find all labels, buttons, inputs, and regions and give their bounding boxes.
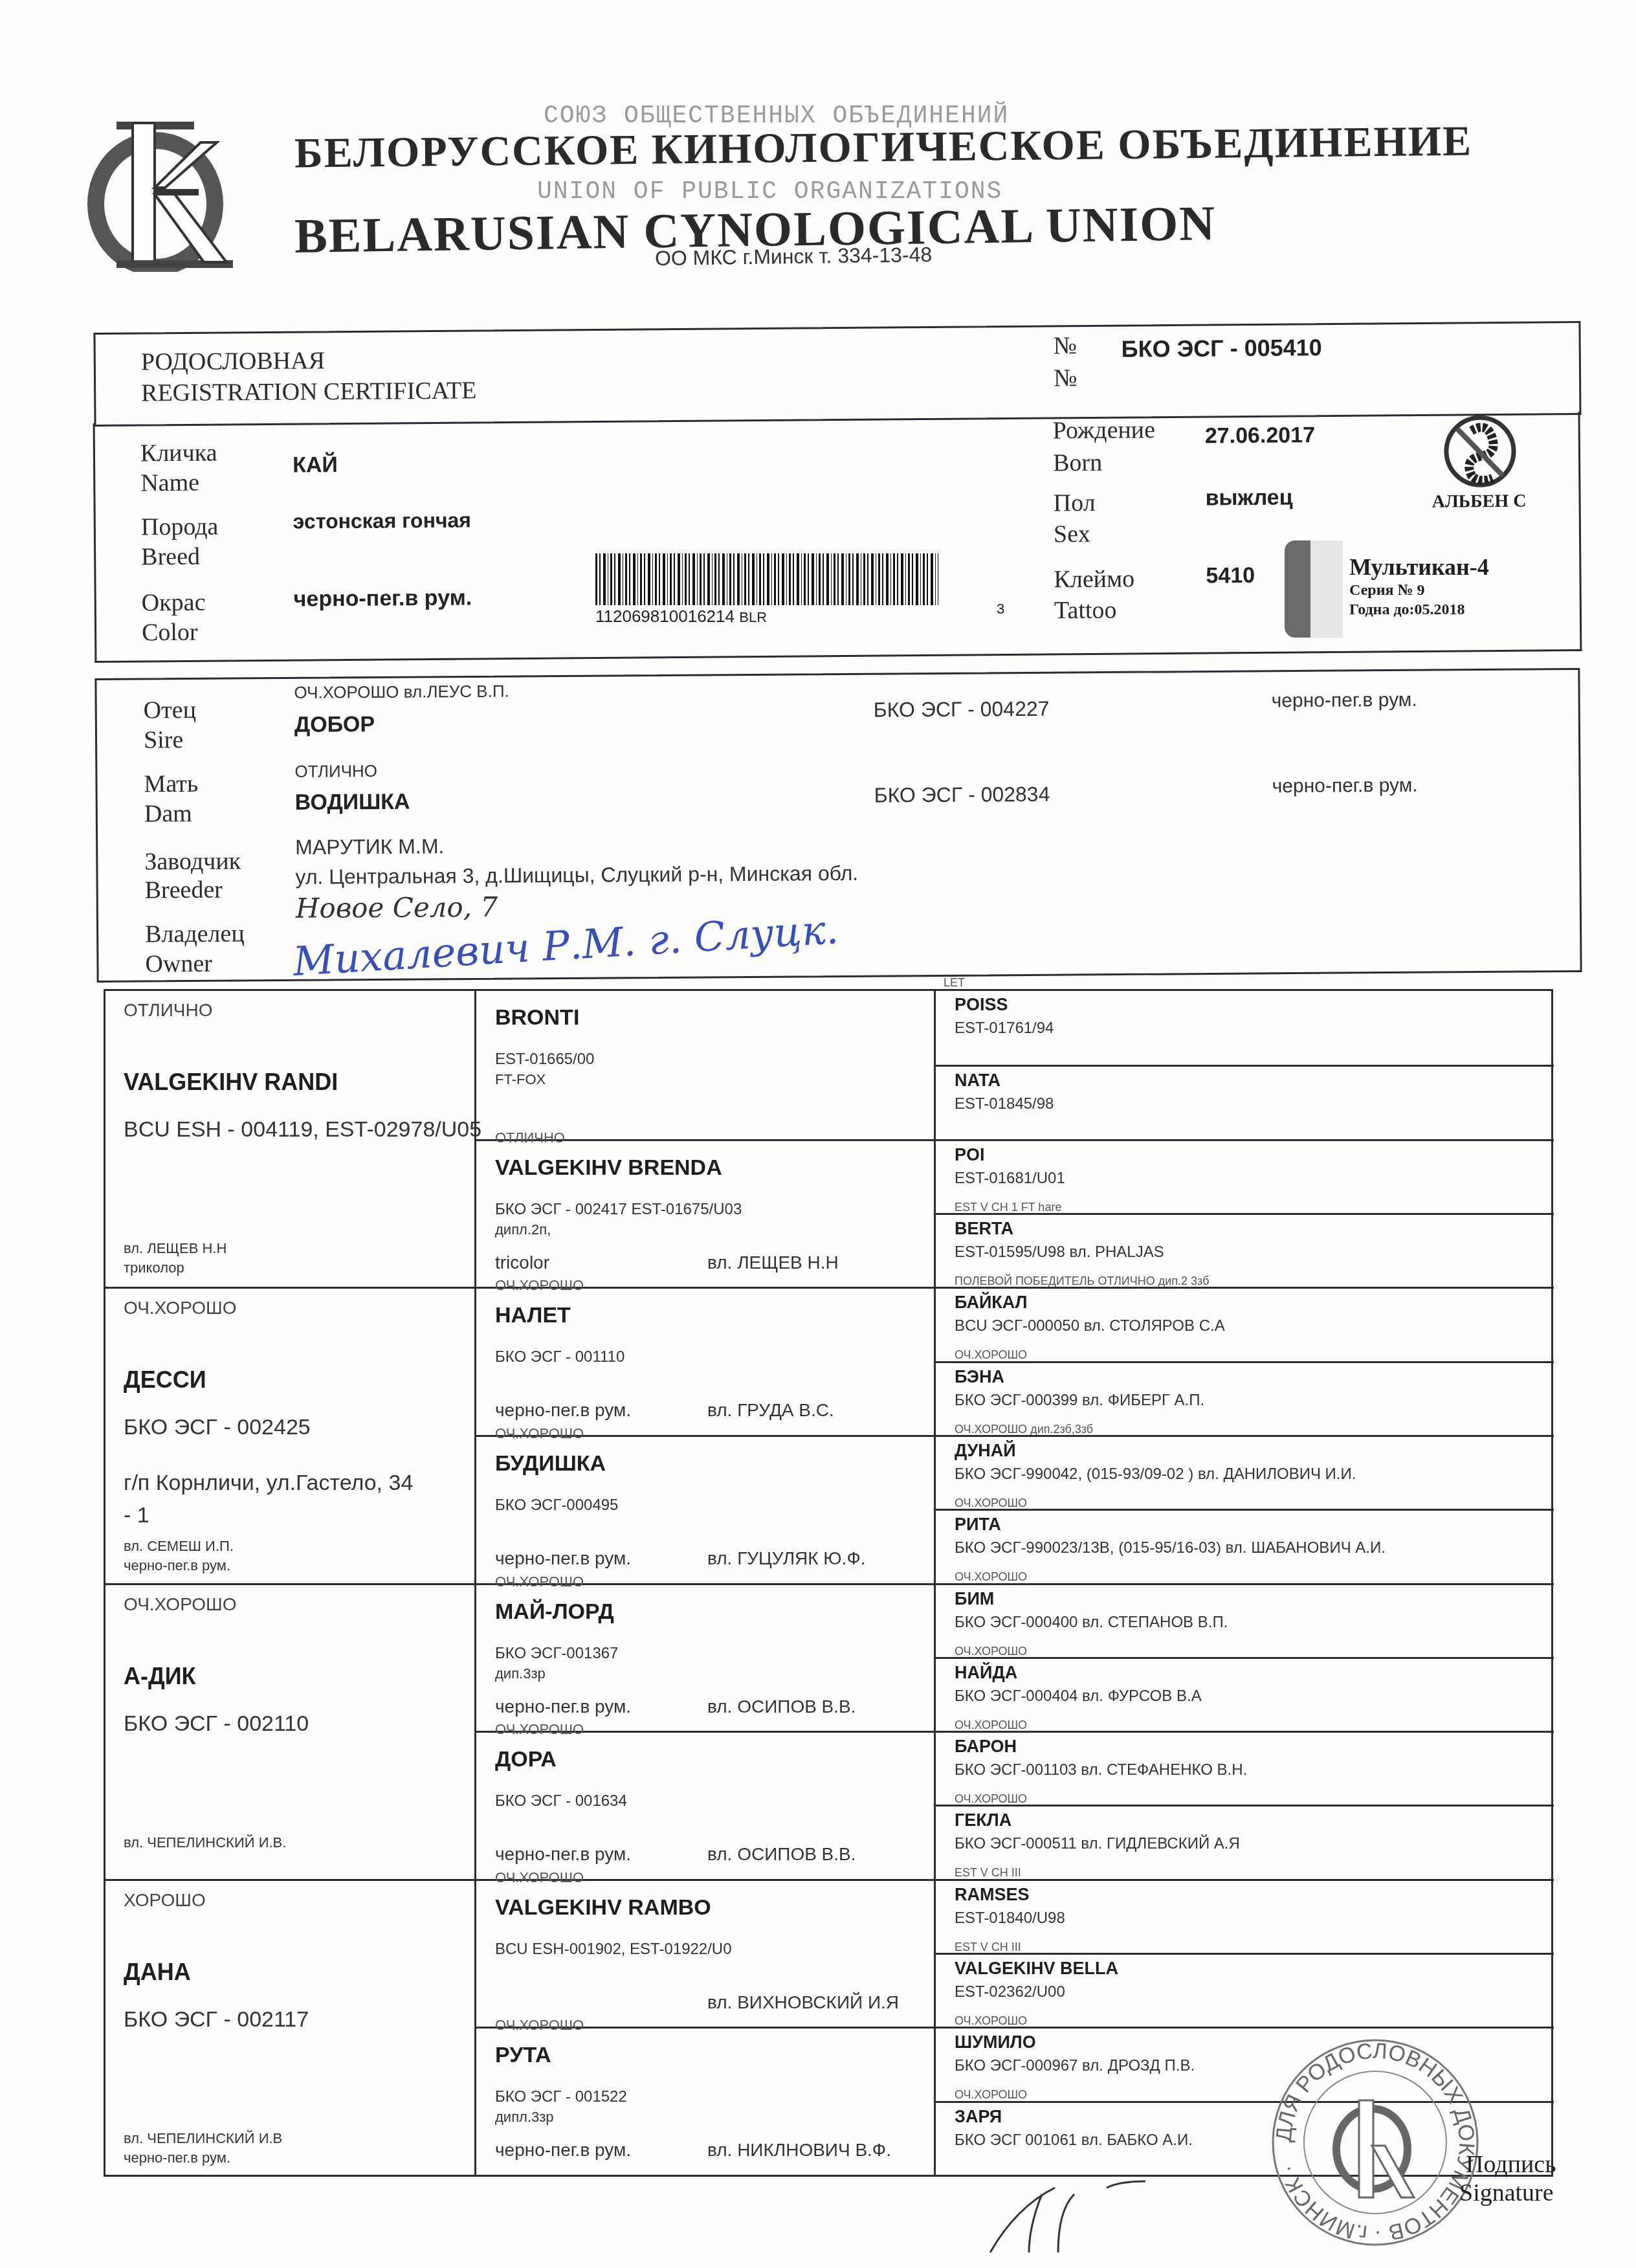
color-label-en: Color [142, 617, 198, 648]
owner-label-en: Owner [145, 949, 212, 979]
vaccine-name: Мультикан-4 [1349, 553, 1489, 581]
ancestor-name: NATA [955, 1071, 1000, 1091]
dam-label-ru: Мать [144, 769, 198, 799]
ancestor-owner: вл. ГРУДА В.С. [707, 1400, 834, 1421]
ancestor-name: РУТА [495, 2043, 551, 2068]
ancestor-owner: вл. ЧЕПЕЛИНСКИЙ И.В. [124, 1834, 286, 1851]
born-label-ru: Рождение [1053, 415, 1156, 445]
barcode-suffix: 3 [997, 601, 1004, 617]
ancestor-reg: БКО ЭСГ-000400 вл. СТЕПАНОВ В.П. [955, 1614, 1228, 1632]
ancestor-color: черно-пег.в рум. [124, 2150, 230, 2166]
ancestor-grade: ОЧ.ХОРОШО [495, 1721, 584, 1738]
ancestor-name: ШУМИЛО [955, 2032, 1036, 2052]
ancestor-reg: EST-01845/98 [955, 1095, 1054, 1113]
ancestor-dipl: FT-FOX [495, 1071, 546, 1088]
sire-color: черно-пег.в рум. [1272, 689, 1417, 713]
pedigree-cell: ОЧ.ХОРОШОДЕССИБКО ЭСГ - 002425г/п Корнли… [105, 1287, 474, 1583]
ancestor-reg: БКО ЭСГ-000967 вл. ДРОЗД П.В. [955, 2057, 1195, 2075]
ancestor-note: ОЧ.ХОРОШО [955, 1570, 1027, 1584]
signature-label-ru: Подпись [1466, 2150, 1556, 2179]
ancestor-note: EST V CH III [955, 1866, 1021, 1880]
pedigree-cell: ОЧ.ХОРОШОНАЛЕТБКО ЭСГ - 001110черно-пег.… [474, 1287, 934, 1435]
ancestor-name: ДУНАЙ [955, 1441, 1016, 1461]
bku-seal-stamp-icon: ДЛЯ РОДОСЛОВНЫХ ДОКУМЕНТОВ · г.МИНСК · [1268, 2036, 1482, 2249]
vaccine-sticker: Мультикан-4 Серия № 9 Годна до:05.2018 [1285, 540, 1550, 638]
pedigree-cell: ОЧ.ХОРОШОДОРАБКО ЭСГ - 001634черно-пег.в… [474, 1731, 934, 1879]
ancestor-name: POI [955, 1145, 985, 1165]
ancestor-grade: ОЧ.ХОРОШО [124, 1298, 236, 1318]
ancestor-owner: вл. ВИХНОВСКИЙ И.Я [707, 1992, 899, 2013]
vaccine-valid-until: Годна до:05.2018 [1349, 601, 1465, 619]
ancestor-reg: БКО ЭСГ - 001634 [495, 1792, 627, 1810]
sire-label-ru: Отец [144, 695, 197, 726]
ancestor-dipl: дип.3зр [495, 1665, 546, 1682]
ancestor-reg: БКО ЭСГ-990023/13В, (015-95/16-03) вл. Ш… [955, 1539, 1386, 1557]
no-worms-icon [1438, 412, 1523, 491]
ancestor-grade: ОЧ.ХОРОШО [495, 1573, 584, 1590]
branch-line: ОО МКС г.Минск т. 334-13-48 [655, 243, 933, 271]
certificate-number: БКО ЭСГ - 005410 [1122, 334, 1322, 362]
ancestor-reg: BCU ESH-001902, EST-01922/U0 [495, 1940, 732, 1959]
ancestor-reg: БКО ЭСГ-001103 вл. СТЕФАНЕНКО В.Н. [955, 1761, 1247, 1779]
ancestor-extra: г/п Корнличи, ул.Гастело, 34 - 1 [124, 1467, 413, 1531]
ancestor-name: VALGEKIHV BRENDA [495, 1155, 722, 1181]
barcode-country: BLR [739, 609, 767, 625]
ancestor-reg: БКО ЭСГ-990042, (015-93/09-02 ) вл. ДАНИ… [955, 1465, 1356, 1484]
ancestor-name: BRONTI [495, 1005, 579, 1030]
ancestor-name: НАЛЕТ [495, 1303, 571, 1328]
ancestor-name: ГЕКЛА [955, 1810, 1011, 1830]
ancestor-grade: ОЧ.ХОРОШО [495, 1425, 584, 1442]
ancestor-note: ОЧ.ХОРОШО [955, 1496, 1027, 1510]
tattoo-label-ru: Клеймо [1054, 564, 1134, 594]
pedigree-cell: POISSEST-01761/94 [934, 991, 1554, 1065]
ancestor-note: ОЧ.ХОРОШО [955, 1348, 1027, 1362]
ancestor-note: ОЧ.ХОРОШО [955, 1718, 1027, 1732]
pedigree-table: ОТЛИЧНОVALGEKIHV RANDIBCU ESH - 004119, … [104, 989, 1553, 2177]
ancestor-dipl: дипл.2п, [495, 1221, 551, 1238]
sire-reg: БКО ЭСГ - 004227 [874, 697, 1050, 722]
pedigree-cell: РИТАБКО ЭСГ-990023/13В, (015-95/16-03) в… [934, 1509, 1554, 1583]
ancestor-reg: БКО ЭСГ - 001110 [495, 1348, 625, 1366]
dog-name: КАЙ [293, 452, 338, 478]
ancestor-owner: вл. ЛЕЩЕВ Н.Н [707, 1252, 839, 1273]
pedigree-cell: ОЧ.ХОРОШОБУДИШКАБКО ЭСГ-000495черно-пег.… [474, 1435, 934, 1583]
breeder-handwritten-fix: Новое Село, 7 [296, 891, 498, 924]
org-name-ru: БЕЛОРУССКОЕ КИНОЛОГИЧЕСКОЕ ОБЪЕДИНЕНИЕ [294, 117, 1473, 178]
ancestor-owner: вл. ОСИПОВ В.В. [707, 1696, 856, 1717]
ancestor-name: РИТА [955, 1515, 1001, 1535]
ancestor-grade: ОТЛИЧНО [124, 1000, 212, 1021]
ancestor-reg: БКО ЭСГ - 002110 [124, 1711, 309, 1737]
ancestor-note: ОЧ.ХОРОШО дип.2зб,3зб [955, 1423, 1093, 1436]
owner-label-ru: Владелец [145, 918, 245, 949]
pedigree-cell: ОЧ.ХОРОШОМАЙ-ЛОРДБКО ЭСГ-001367дип.3зрче… [474, 1583, 934, 1731]
ancestor-name: НАЙДА [955, 1663, 1017, 1683]
ancestor-reg: BCU ESH - 004119, EST-02978/U05 [124, 1117, 481, 1142]
breeder-label-ru: Заводчик [144, 846, 241, 876]
ancestor-reg: БКО ЭСГ-000399 вл. ФИБЕРГ А.П. [955, 1392, 1204, 1410]
ancestor-reg: EST-01761/94 [955, 1019, 1054, 1038]
sex-label-en: Sex [1054, 519, 1090, 549]
bku-monogram-logo-icon [87, 117, 236, 272]
ancestor-grade: ОЧ.ХОРОШО [495, 1277, 584, 1294]
ancestor-owner: вл. СЕМЕШ И.П. [124, 1538, 234, 1555]
name-label-en: Name [140, 468, 199, 498]
gen3-top-note: LET [944, 976, 965, 990]
sex-label-ru: Пол [1053, 488, 1095, 518]
pedigree-cell: БЭНАБКО ЭСГ-000399 вл. ФИБЕРГ А.П.ОЧ.ХОР… [934, 1361, 1554, 1435]
pedigree-cell: ГЕКЛАБКО ЭСГ-000511 вл. ГИДЛЕВСКИЙ А.ЯES… [934, 1805, 1554, 1878]
number-label-ru: № [1053, 331, 1077, 361]
dog-breed: эстонская гончая [293, 508, 471, 533]
pedigree-cell: БИМБКО ЭСГ-000400 вл. СТЕПАНОВ В.П.ОЧ.ХО… [934, 1583, 1554, 1657]
ancestor-name: БУДИШКА [495, 1451, 606, 1476]
ancestor-note: EST V CH 1 FT hare [955, 1201, 1061, 1214]
ancestor-name: POISS [955, 995, 1008, 1015]
ancestor-reg: БКО ЭСГ - 002425 [124, 1415, 311, 1440]
ancestor-owner: вл. ГУЦУЛЯК Ю.Ф. [707, 1548, 865, 1569]
ancestor-owner: вл. ЛЕЩЕВ Н.Н [124, 1240, 227, 1257]
dog-born: 27.06.2017 [1205, 423, 1315, 449]
pedigree-cell: ДУНАЙБКО ЭСГ-990042, (015-93/09-02 ) вл.… [934, 1435, 1554, 1509]
pedigree-cell: ОТЛИЧНОVALGEKIHV RANDIBCU ESH - 004119, … [105, 991, 474, 1287]
ancestor-grade: ОЧ.ХОРОШО [495, 1869, 584, 1886]
ancestor-dipl: дипл.3зр [495, 2109, 554, 2126]
ancestor-name: ЗАРЯ [955, 2107, 1002, 2127]
pedigree-cell: RAMSESEST-01840/U98EST V CH III [934, 1879, 1554, 1953]
tattoo-label-en: Tattoo [1054, 595, 1117, 626]
ancestor-name: БАЙКАЛ [955, 1293, 1028, 1313]
ancestor-name: BERTA [955, 1219, 1013, 1239]
ancestor-owner: вл. ЧЕПЕЛИНСКИЙ И.В [124, 2130, 282, 2147]
pedigree-cell: ОТЛИЧНОVALGEKIHV BRENDAБКО ЭСГ - 002417 … [474, 1139, 934, 1287]
ancestor-reg: БКО ЭСГ-001367 [495, 1645, 618, 1663]
ancestor-name: МАЙ-ЛОРД [495, 1599, 614, 1625]
ancestor-note: ОЧ.ХОРОШО [955, 1792, 1027, 1806]
ancestor-name: VALGEKIHV BELLA [955, 1959, 1118, 1979]
breed-label-en: Breed [141, 542, 200, 572]
pedigree-cell: ХОРОШОДАНАБКО ЭСГ - 002117вл. ЧЕПЕЛИНСКИ… [105, 1879, 474, 2175]
dam-name: ВОДИШКА [295, 790, 410, 816]
ancestor-reg: БКО ЭСГ - 002417 EST-01675/U03 [495, 1201, 742, 1219]
barcode-bars [595, 553, 938, 605]
dog-tattoo: 5410 [1206, 563, 1255, 589]
ancestor-reg: EST-01595/U98 вл. PHALJAS [955, 1243, 1164, 1262]
pedigree-cell: POIEST-01681/U01EST V CH 1 FT hare [934, 1139, 1554, 1213]
ancestor-color: триколор [124, 1260, 184, 1276]
ancestor-color: tricolor [495, 1252, 549, 1273]
color-label-ru: Окрас [142, 588, 206, 618]
ancestor-note: ОЧ.ХОРОШО [955, 1645, 1027, 1658]
ancestor-reg: БКО ЭСГ 001061 вл. БАБКО А.И. [955, 2131, 1193, 2150]
dam-reg: БКО ЭСГ - 002834 [874, 783, 1050, 808]
ancestor-note: EST V CH III [955, 1940, 1021, 1954]
sire-grade: ОЧ.ХОРОШО вл.ЛЕУС В.П. [294, 682, 509, 703]
breed-label-ru: Порода [141, 512, 219, 542]
vaccine-series: Серия № 9 [1349, 582, 1425, 599]
pedigree-generation-3: POISSEST-01761/94NATAEST-01845/98POIEST-… [934, 991, 1554, 2175]
sire-label-en: Sire [144, 725, 184, 755]
certificate-title-en: REGISTRATION CERTIFICATE [141, 375, 476, 408]
ancestor-color: черно-пег.в рум. [495, 1844, 631, 1865]
pedigree-cell: НАЙДАБКО ЭСГ-000404 вл. ФУРСОВ В.АОЧ.ХОР… [934, 1657, 1554, 1731]
number-label-en: № [1054, 363, 1078, 393]
certificate-title-box: РОДОСЛОВНАЯ REGISTRATION CERTIFICATE № №… [93, 321, 1581, 427]
pedigree-cell: NATAEST-01845/98 [934, 1065, 1554, 1139]
sire-name: ДОБОР [294, 712, 375, 738]
certificate-title-ru: РОДОСЛОВНАЯ [141, 346, 326, 377]
pedigree-cell: VALGEKIHV BELLAEST-02362/U00ОЧ.ХОРОШО [934, 1953, 1554, 2027]
pedigree-generation-1: ОТЛИЧНОVALGEKIHV RANDIBCU ESH - 004119, … [105, 991, 474, 2175]
ancestor-name: А-ДИК [124, 1663, 195, 1690]
breeder-name: МАРУТИК М.М. [295, 834, 444, 860]
breeder-label-en: Breeder [145, 875, 223, 906]
ancestor-reg: EST-01681/U01 [955, 1170, 1065, 1188]
pedigree-cell: ОЧ.ХОРОШОVALGEKIHV RAMBOBCU ESH-001902, … [474, 1879, 934, 2027]
ancestor-grade: ХОРОШО [124, 1890, 206, 1911]
ancestor-name: VALGEKIHV RAMBO [495, 1895, 711, 1920]
ancestor-reg: БКО ЭСГ-000495 [495, 1496, 618, 1515]
pedigree-cell: БАРОНБКО ЭСГ-001103 вл. СТЕФАНЕНКО В.Н.О… [934, 1731, 1554, 1805]
name-label-ru: Кличка [140, 438, 217, 469]
ancestor-color: черно-пег.в рум. [495, 1400, 631, 1421]
ancestor-grade: ОЧ.ХОРОШО [124, 1594, 236, 1615]
ancestor-name: ДОРА [495, 1747, 557, 1772]
ancestor-name: ДЕССИ [124, 1366, 206, 1394]
dog-color: черно-пег.в рум. [294, 585, 472, 612]
ancestor-name: VALGEKIHV RANDI [124, 1069, 338, 1096]
barcode-number: 112069810016214 [595, 606, 735, 626]
albens-sticker: АЛЬБЕН С [1431, 412, 1529, 523]
ancestor-name: БИМ [955, 1589, 994, 1609]
dam-label-en: Dam [144, 799, 192, 829]
pedigree-cell: ОЧ.ХОРОШОА-ДИКБКО ЭСГ - 002110вл. ЧЕПЕЛИ… [105, 1583, 474, 1879]
ancestor-reg: БКО ЭСГ - 001522 [495, 2088, 627, 2106]
ancestor-name: RAMSES [955, 1885, 1030, 1905]
pedigree-cell: BRONTIEST-01665/00FT-FOX [474, 991, 934, 1139]
signature-label-en: Signature [1459, 2179, 1554, 2207]
ancestor-name: БАРОН [955, 1737, 1017, 1757]
ancestor-reg: EST-01840/U98 [955, 1909, 1065, 1928]
breeder-address: ул. Центральная 3, д.Шищицы, Слуцкий р-н… [295, 862, 858, 889]
ancestor-color: черно-пег.в рум. [495, 2140, 631, 2161]
pedigree-generation-2: BRONTIEST-01665/00FT-FOXОТЛИЧНОVALGEKIHV… [474, 991, 934, 2175]
ancestor-reg: БКО ЭСГ-000511 вл. ГИДЛЕВСКИЙ А.Я [955, 1835, 1240, 1853]
ancestor-color: черно-пег.в рум. [495, 1696, 631, 1717]
ancestor-owner: вл. НИКЛНОВИЧ В.Ф. [707, 2140, 891, 2161]
ancestor-note: ОЧ.ХОРОШО [955, 2014, 1027, 2028]
ancestor-reg: EST-02362/U00 [955, 1983, 1065, 2001]
ancestor-note: ПОЛЕВОЙ ПОБЕДИТЕЛЬ ОТЛИЧНО дип.2 3зб [955, 1274, 1209, 1288]
born-label-en: Born [1053, 448, 1102, 478]
dog-sex: выжлец [1205, 485, 1292, 511]
pedigree-cell: BERTAEST-01595/U98 вл. PHALJASПОЛЕВОЙ ПО… [934, 1213, 1554, 1287]
ancestor-reg: БКО ЭСГ-000404 вл. ФУРСОВ В.А [955, 1687, 1202, 1706]
pedigree-cell: ОЧ.ХОРОШОРУТАБКО ЭСГ - 001522дипл.3зрчер… [474, 2027, 934, 2175]
dam-grade: ОТЛИЧНО [294, 761, 377, 782]
pedigree-cell: БАЙКАЛBCU ЭСГ-000050 вл. СТОЛЯРОВ С.АОЧ.… [934, 1287, 1554, 1361]
ancestor-name: БЭНА [955, 1367, 1004, 1387]
signature-scribble [984, 2175, 1191, 2259]
ancestor-reg: BCU ЭСГ-000050 вл. СТОЛЯРОВ С.А [955, 1317, 1225, 1335]
ancestor-name: ДАНА [124, 1959, 191, 1986]
dam-color: черно-пег.в рум. [1272, 775, 1417, 798]
ancestor-reg: БКО ЭСГ - 002117 [124, 2007, 309, 2032]
ancestor-color: черно-пег.в рум. [495, 1548, 631, 1569]
parents-box: Отец Sire ОЧ.ХОРОШО вл.ЛЕУС В.П. ДОБОР Б… [94, 668, 1582, 983]
ancestor-note: ОЧ.ХОРОШО [955, 2088, 1027, 2102]
ancestor-grade: ОЧ.ХОРОШО [495, 2017, 584, 2034]
ancestor-owner: вл. ОСИПОВ В.В. [707, 1844, 856, 1865]
ancestor-color: черно-пег.в рум. [124, 1557, 230, 1574]
ancestor-grade: ОТЛИЧНО [495, 1129, 565, 1146]
barcode: 112069810016214 BLR [595, 553, 938, 626]
ancestor-reg: EST-01665/00 [495, 1051, 594, 1069]
